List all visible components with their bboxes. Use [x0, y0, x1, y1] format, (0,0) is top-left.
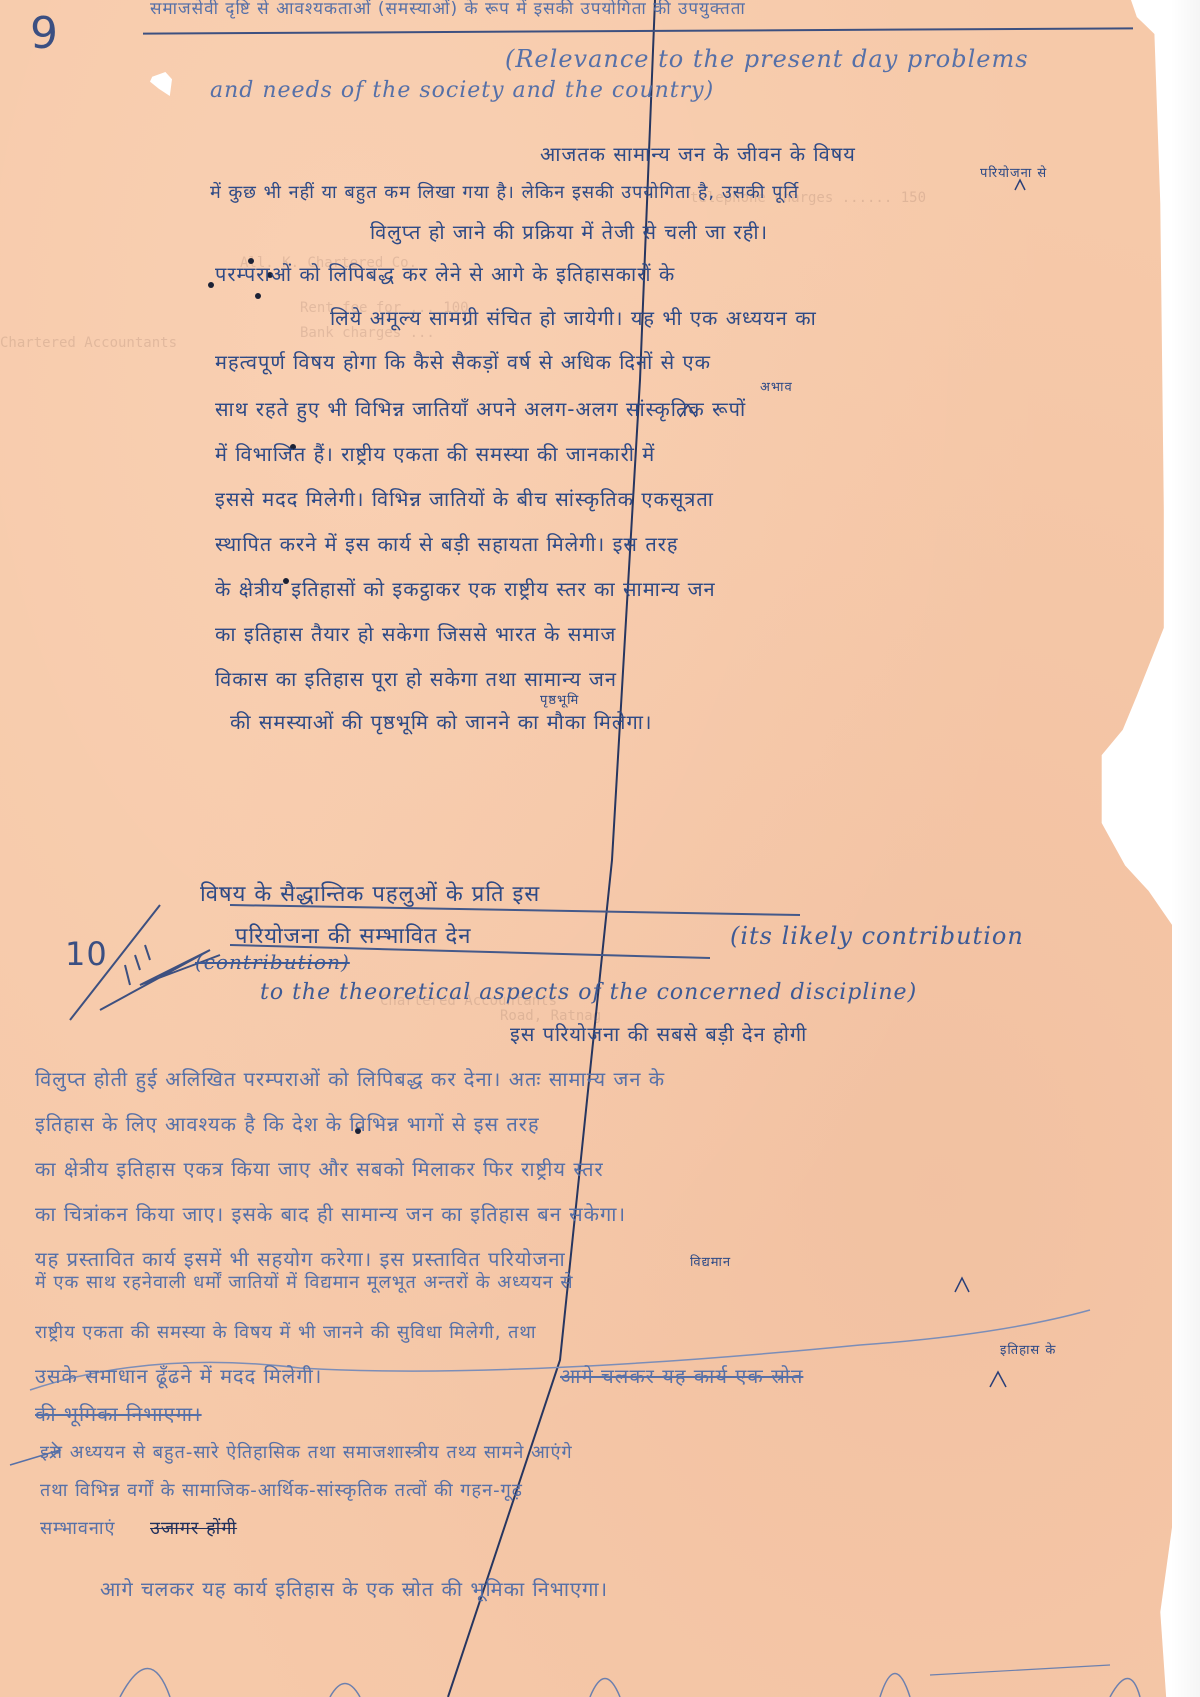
section10-line: इतिहास के लिए आवश्यक है कि देश के विभिन्… — [35, 1110, 540, 1137]
header-hindi-text: समाजसेवी दृष्टि से आवश्यकताओं (समस्याओं)… — [150, 0, 746, 19]
page-edge-shadow — [1170, 0, 1200, 1697]
section9-line: के क्षेत्रीय इतिहासों को इकट्ठाकर एक राष… — [215, 575, 716, 602]
arrow-note-struck: उजागर होंगी — [150, 1516, 237, 1540]
section9-line: स्थापित करने में इस कार्य से बड़ी सहायता… — [215, 530, 679, 557]
section10-line: विलुप्त होती हुई अलिखित परम्पराओं को लिप… — [35, 1065, 665, 1092]
section9-line: साथ रहते हुए भी विभिन्न जातियाँ अपने अलग… — [215, 395, 746, 422]
section10-intro: इस परियोजना की सबसे बड़ी देन होगी — [510, 1020, 807, 1047]
arrow-note-line: इस अध्ययन से बहुत-सारे ऐतिहासिक तथा समाज… — [40, 1440, 573, 1464]
section9-line: इससे मदद मिलेगी। विभिन्न जातियों के बीच … — [215, 485, 714, 512]
inserted-word: पृष्ठभूमि — [540, 690, 579, 708]
inserted-word: इतिहास के — [1000, 1340, 1056, 1358]
section9-line: में कुछ भी नहीं या बहुत कम लिखा गया है। … — [210, 180, 799, 204]
arrow-note-line: सम्भावनाएं — [40, 1516, 116, 1540]
section9-line: में विभाजित हैं। राष्ट्रीय एकता की समस्य… — [215, 440, 655, 467]
relevance-heading-line2: and needs of the society and the country… — [210, 78, 714, 103]
section10-heading-english-2: to the theoretical aspects of the concer… — [260, 980, 917, 1005]
section9-line: परम्पराओं को लिपिबद्ध कर लेने से आगे के … — [215, 260, 675, 287]
section10-line: का चित्रांकन किया जाए। इसके बाद ही सामान… — [35, 1200, 626, 1227]
section9-line: विकास का इतिहास पूरा हो सकेगा तथा सामान्… — [215, 665, 617, 692]
page-number: 9 — [30, 8, 59, 59]
section10-heading-hindi-1: विषय के सैद्धान्तिक पहलुओं के प्रति इस — [200, 878, 540, 908]
section9-line: का इतिहास तैयार हो सकेगा जिससे भारत के स… — [215, 620, 616, 647]
section10-line: उसके समाधान ढूँढने में मदद मिलेगी। — [35, 1362, 322, 1389]
section9-line: आजतक सामान्य जन के जीवन के विषय — [540, 140, 856, 167]
arrow-note-line: तथा विभिन्न वर्गों के सामाजिक-आर्थिक-सां… — [40, 1478, 523, 1502]
ink-blot — [208, 282, 214, 288]
section10-line: में एक साथ रहनेवाली धर्मों जातियों में व… — [35, 1270, 574, 1294]
section9-line: महत्वपूर्ण विषय होगा कि कैसे सैकड़ों वर्… — [215, 348, 711, 375]
section10-line: का क्षेत्रीय इतिहास एकत्र किया जाए और सब… — [35, 1155, 604, 1182]
section-number: 10 — [65, 935, 108, 973]
struck-contribution: (contribution) — [195, 950, 350, 974]
section10-line: यह प्रस्तावित कार्य इसमें भी सहयोग करेगा… — [35, 1245, 566, 1272]
section10-line: राष्ट्रीय एकता की समस्या के विषय में भी … — [35, 1320, 537, 1344]
inserted-word: परियोजना से — [980, 163, 1047, 181]
section9-line: विलुप्त हो जाने की प्रक्रिया में तेजी से… — [370, 218, 768, 245]
relevance-heading-line1: (Relevance to the present day problems — [505, 45, 1029, 73]
bleed-through-text: Chartered Accountants — [0, 335, 177, 351]
section10-line-struck: की भूमिका निभाएगा। — [35, 1400, 202, 1427]
inserted-word: विद्यमान — [690, 1252, 731, 1270]
section9-line: लिये अमूल्य सामग्री संचित हो जायेगी। यह … — [330, 304, 817, 331]
section10-heading-hindi-2: परियोजना की सम्भावित देन — [235, 920, 471, 950]
section10-heading-english-1: (its likely contribution — [730, 922, 1024, 950]
struck-tail: आगे चलकर यह कार्य एक स्रोत — [560, 1362, 803, 1389]
section9-line: की समस्याओं की पृष्ठभूमि को जानने का मौक… — [230, 708, 652, 735]
inserted-word: अभाव — [760, 377, 793, 395]
ink-blot — [255, 293, 261, 299]
final-line: आगे चलकर यह कार्य इतिहास के एक स्रोत की … — [100, 1575, 608, 1602]
